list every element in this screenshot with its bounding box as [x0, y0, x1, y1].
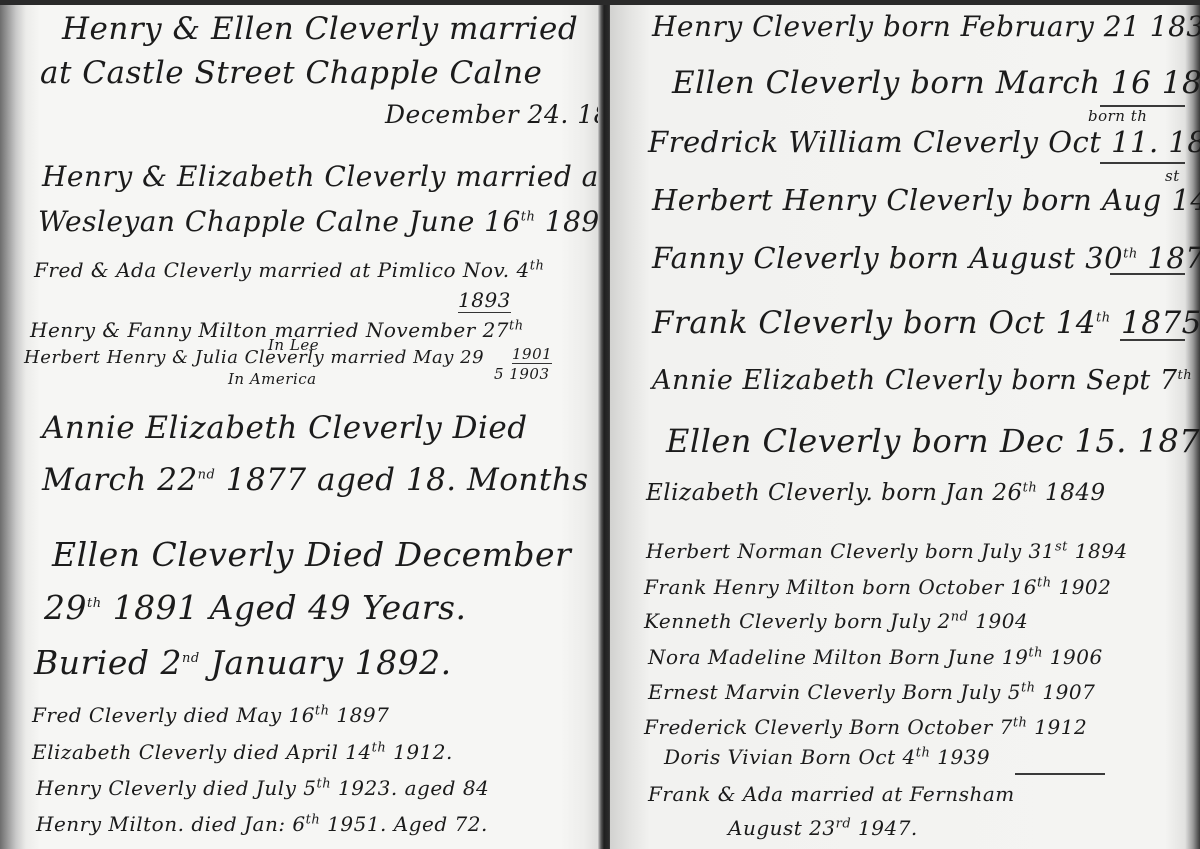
entry-text: Elizabeth Cleverly. born Jan 26	[646, 480, 1023, 506]
entry-text: Ellen Cleverly Died December	[52, 535, 571, 574]
entry-birth-fredrick-william: Fredrick William Cleverly Oct 11. 1869	[648, 125, 1200, 159]
entry-death-annie-date: March 22nd 1877 aged 18. Months	[42, 462, 589, 498]
entry-text: Elizabeth Cleverly died April 14	[32, 740, 372, 764]
underline-rule	[1110, 273, 1185, 275]
entry-year: 1906	[1043, 645, 1103, 669]
ordinal-suffix: th	[1021, 680, 1036, 695]
entry-birth-elizabeth: Elizabeth Cleverly. born Jan 26th 1849	[646, 480, 1106, 506]
ordinal-suffix: th	[530, 258, 545, 273]
entry-text: at Castle Street Chapple Calne	[40, 55, 542, 91]
entry-text: Henry & Elizabeth Cleverly married at	[42, 160, 600, 193]
entry-birth-frank: Frank Cleverly born Oct 14th 1875	[652, 305, 1200, 341]
entry-year: 1891 Aged 49 Years.	[102, 588, 467, 627]
entry-birth-fanny: Fanny Cleverly born August 30th 1873.	[652, 241, 1200, 275]
ordinal-suffix: nd	[182, 651, 200, 666]
entry-year: 5 1903	[494, 365, 550, 383]
entry-marriage-herbert-julia: Herbert Henry & Julia Cleverly married M…	[24, 347, 484, 368]
entry-text: Fanny Cleverly born August 30	[652, 241, 1123, 275]
entry-birth-henry: Henry Cleverly born February 21 1839	[652, 10, 1200, 43]
entry-text: In America	[228, 370, 317, 388]
ordinal-suffix: th	[315, 703, 330, 718]
entry-text: Fred & Ada Cleverly married at Pimlico N…	[34, 258, 530, 282]
ordinal-suffix: th	[372, 740, 387, 755]
entry-text: Annie Elizabeth Cleverly born Sept 7	[652, 365, 1178, 396]
entry-birth-herbert-norman: Herbert Norman Cleverly born July 31st 1…	[646, 539, 1128, 563]
entry-birth-frederick: Frederick Cleverly Born October 7th 1912	[644, 715, 1087, 739]
entry-death-annie-elizabeth: Annie Elizabeth Cleverly Died	[42, 410, 528, 446]
entry-text: Nora Madeline Milton Born June 19	[648, 645, 1028, 669]
entry-year: January 1892.	[200, 643, 452, 682]
ordinal-suffix: rd	[836, 816, 852, 831]
entry-year-1901: 1901	[512, 345, 552, 364]
entry-text: 29	[44, 588, 87, 627]
ordinal-suffix: nd	[198, 468, 216, 483]
entry-text: March 22	[42, 462, 198, 498]
entry-birth-ellen-1879: Ellen Cleverly born Dec 15. 1879	[666, 422, 1200, 460]
entry-year: 1897	[330, 703, 390, 727]
entry-birth-herbert-henry: Herbert Henry Cleverly born Aug 14. 1871	[652, 183, 1200, 217]
ordinal-suffix: st	[1055, 539, 1068, 554]
ordinal-suffix: th	[306, 812, 321, 827]
entry-death-ellen-date: 29th 1891 Aged 49 Years.	[44, 588, 466, 627]
entry-year: 1947.	[851, 816, 918, 840]
right-page: Henry Cleverly born February 21 1839 Ell…	[610, 5, 1200, 849]
entry-year: 1951. Aged 72.	[320, 812, 488, 836]
entry-year: 1894	[1068, 539, 1128, 563]
entry-text: Henry Cleverly born February 21 1839	[652, 10, 1200, 43]
underline-rule	[1015, 773, 1105, 775]
entry-death-henry-milton: Henry Milton. died Jan: 6th 1951. Aged 7…	[36, 812, 488, 836]
entry-text: December 24. 1868	[385, 100, 600, 129]
entry-year: 1904	[968, 609, 1028, 633]
entry-text: Henry Cleverly died July 5	[36, 776, 317, 800]
entry-text: Henry & Ellen Cleverly married	[62, 11, 578, 47]
left-page: Henry & Ellen Cleverly married at Castle…	[0, 5, 600, 849]
entry-death-fred: Fred Cleverly died May 16th 1897	[32, 703, 389, 727]
entry-text: Wesleyan Chapple Calne June 16	[38, 205, 521, 238]
entry-year: 1912.	[386, 740, 453, 764]
entry-year: 1849	[1037, 480, 1105, 506]
entry-birth-frank-henry-milton: Frank Henry Milton born October 16th 190…	[644, 575, 1111, 599]
entry-text: Herbert Norman Cleverly born July 31	[646, 539, 1055, 563]
entry-text: Fredrick William Cleverly Oct 11. 1869	[648, 125, 1200, 159]
ordinal-suffix: th	[1037, 575, 1052, 590]
entry-year: 1939	[930, 745, 990, 769]
entry-year: 1907	[1036, 680, 1096, 704]
entry-marriage-fred-ada: Fred & Ada Cleverly married at Pimlico N…	[34, 258, 544, 282]
entry-text: Henry Milton. died Jan: 6	[36, 812, 306, 836]
annotation-in-america: In America	[228, 370, 317, 388]
ordinal-suffix: th	[1028, 645, 1043, 660]
entry-text: Ernest Marvin Cleverly Born July 5	[648, 680, 1021, 704]
ordinal-suffix: th	[1023, 480, 1038, 495]
ordinal-suffix: th	[1013, 715, 1028, 730]
ordinal-suffix: th	[509, 318, 524, 333]
ordinal-suffix: th	[916, 745, 931, 760]
entry-burial-ellen: Buried 2nd January 1892.	[34, 643, 452, 682]
entry-year: 1893	[458, 288, 511, 312]
entry-death-henry-cleverly: Henry Cleverly died July 5th 1923. aged …	[36, 776, 489, 800]
entry-year: 1912	[1027, 715, 1087, 739]
entry-year: 1902	[1052, 575, 1112, 599]
entry-marriage-date: December 24. 1868	[385, 100, 600, 129]
underline-rule	[1100, 162, 1185, 164]
entry-marriage-frank-ada-date: August 23rd 1947.	[728, 816, 918, 840]
entry-year: 1873.	[1138, 241, 1200, 275]
entry-marriage-wesleyan: Wesleyan Chapple Calne June 16th 1894	[38, 205, 600, 238]
ordinal-suffix: nd	[951, 609, 969, 624]
entry-marriage-henry-ellen: Henry & Ellen Cleverly married	[62, 11, 578, 47]
annotation-born-th: born th	[1088, 107, 1147, 125]
entry-year: 1875	[1111, 305, 1200, 341]
underline-rule	[1120, 339, 1185, 341]
entry-text: Buried 2	[34, 643, 182, 682]
entry-birth-ernest-marvin: Ernest Marvin Cleverly Born July 5th 190…	[648, 680, 1095, 704]
entry-marriage-henry-elizabeth: Henry & Elizabeth Cleverly married at	[42, 160, 600, 193]
entry-text: Frank Cleverly born Oct 14	[652, 305, 1096, 341]
entry-birth-doris-vivian: Doris Vivian Born Oct 4th 1939	[664, 745, 990, 769]
entry-text: Frederick Cleverly Born October 7	[644, 715, 1013, 739]
entry-text: Herbert Henry & Julia Cleverly married M…	[24, 347, 484, 368]
ordinal-suffix: th	[1096, 311, 1111, 326]
ordinal-suffix: th	[1178, 368, 1193, 383]
entry-year: 1923. aged 84	[331, 776, 489, 800]
entry-year: 1894	[535, 205, 600, 238]
entry-birth-nora-madeline: Nora Madeline Milton Born June 19th 1906	[648, 645, 1103, 669]
entry-text: Frank & Ada married at Fernsham	[648, 782, 1015, 806]
entry-year-1903: 5 1903	[494, 365, 550, 383]
ordinal-suffix: th	[87, 596, 102, 611]
entry-text: Ellen Cleverly born Dec 15. 1879	[666, 422, 1200, 460]
entry-birth-annie-elizabeth: Annie Elizabeth Cleverly born Sept 7th 1…	[652, 365, 1200, 396]
ordinal-suffix: th	[1123, 246, 1138, 261]
entry-text: Annie Elizabeth Cleverly Died	[42, 410, 528, 446]
entry-death-ellen: Ellen Cleverly Died December	[52, 535, 571, 574]
entry-marriage-location: at Castle Street Chapple Calne	[40, 55, 542, 91]
entry-year: 1901	[512, 345, 552, 363]
entry-death-elizabeth: Elizabeth Cleverly died April 14th 1912.	[32, 740, 453, 764]
ordinal-suffix: th	[521, 210, 536, 225]
entry-marriage-frank-ada: Frank & Ada married at Fernsham	[648, 782, 1015, 806]
entry-text: August 23	[728, 816, 836, 840]
entry-text: Herbert Henry Cleverly born Aug 14. 1871	[652, 183, 1200, 217]
entry-marriage-fred-ada-year: 1893	[458, 288, 511, 313]
entry-text: Kenneth Cleverly born July 2	[644, 609, 951, 633]
ordinal-suffix: th	[317, 776, 332, 791]
entry-birth-kenneth: Kenneth Cleverly born July 2nd 1904	[644, 609, 1028, 633]
entry-text: Frank Henry Milton born October 16	[644, 575, 1037, 599]
entry-text: born th	[1088, 107, 1147, 125]
entry-year: 1877 aged 18. Months	[215, 462, 588, 498]
entry-text: Doris Vivian Born Oct 4	[664, 745, 916, 769]
entry-year: 1877	[1192, 365, 1200, 396]
entry-birth-ellen: Ellen Cleverly born March 16 1842	[672, 65, 1200, 101]
entry-text: Fred Cleverly died May 16	[32, 703, 315, 727]
entry-text: Ellen Cleverly born March 16 1842	[672, 65, 1200, 101]
